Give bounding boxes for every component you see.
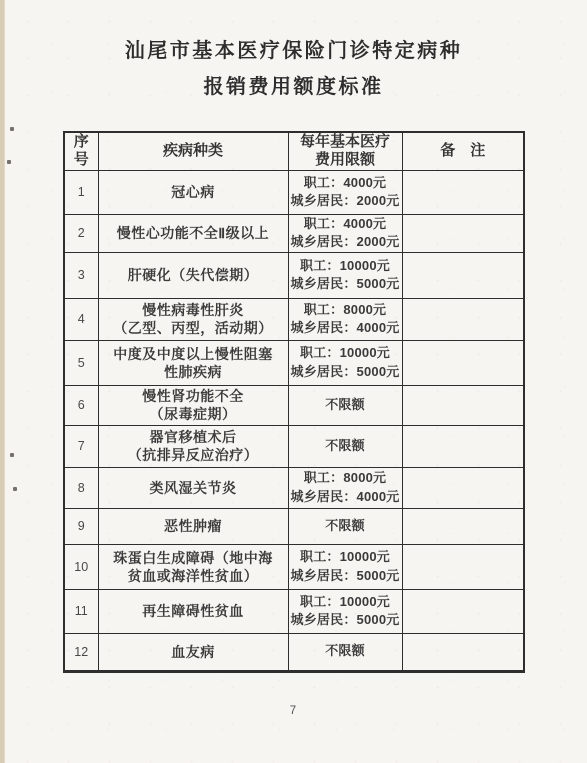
row-disease: 再生障碍性贫血 (98, 589, 288, 633)
table-row: 8 类风湿关节炎 职工：8000元 城乡居民：4000元 (64, 467, 524, 508)
table-row: 9 恶性肿瘤 不限额 (64, 508, 524, 544)
table-row: 1 冠心病 职工：4000元 城乡居民：2000元 (64, 170, 524, 214)
row-disease: 肝硬化（失代偿期） (98, 252, 288, 298)
table-row: 7 器官移植术后 （抗排异反应治疗） 不限额 (64, 425, 524, 467)
row-note (402, 170, 524, 214)
row-seq: 4 (64, 298, 98, 340)
row-seq: 7 (64, 425, 98, 467)
row-limit: 职工：10000元 城乡居民：5000元 (288, 340, 402, 385)
reimbursement-standard-table: 序号 疾病种类 每年基本医疗 费用限额 备 注 1 冠心病 职工：4000元 城… (63, 131, 525, 673)
table-row: 11 再生障碍性贫血 职工：10000元 城乡居民：5000元 (64, 589, 524, 633)
row-limit: 不限额 (288, 633, 402, 671)
scan-speck (10, 127, 14, 131)
row-disease: 血友病 (98, 633, 288, 671)
row-disease: 珠蛋白生成障碍（地中海 贫血或海洋性贫血） (98, 544, 288, 589)
table-header-row: 序号 疾病种类 每年基本医疗 费用限额 备 注 (64, 132, 524, 170)
row-note (402, 508, 524, 544)
row-note (402, 467, 524, 508)
table-row: 2 慢性心功能不全Ⅱ级以上 职工：4000元 城乡居民：2000元 (64, 214, 524, 252)
col-header-note: 备 注 (402, 132, 524, 170)
row-limit: 不限额 (288, 508, 402, 544)
row-limit: 不限额 (288, 385, 402, 425)
row-seq: 8 (64, 467, 98, 508)
row-seq: 2 (64, 214, 98, 252)
row-limit: 职工：4000元 城乡居民：2000元 (288, 170, 402, 214)
row-seq: 11 (64, 589, 98, 633)
row-limit: 不限额 (288, 425, 402, 467)
col-header-disease: 疾病种类 (98, 132, 288, 170)
row-limit: 职工：10000元 城乡居民：5000元 (288, 544, 402, 589)
table-row: 4 慢性病毒性肝炎 （乙型、丙型，活动期） 职工：8000元 城乡居民：4000… (64, 298, 524, 340)
document-title-line2: 报销费用额度标准 (0, 69, 587, 105)
scanned-document-page: 汕尾市基本医疗保险门诊特定病种 报销费用额度标准 序号 疾病种类 每年基本医疗 … (0, 0, 587, 763)
row-disease: 慢性心功能不全Ⅱ级以上 (98, 214, 288, 252)
page-number: 7 (0, 705, 587, 717)
row-disease: 慢性肾功能不全 （尿毒症期） (98, 385, 288, 425)
row-disease: 类风湿关节炎 (98, 467, 288, 508)
table-row: 3 肝硬化（失代偿期） 职工：10000元 城乡居民：5000元 (64, 252, 524, 298)
row-disease: 慢性病毒性肝炎 （乙型、丙型，活动期） (98, 298, 288, 340)
col-header-seq: 序号 (64, 132, 98, 170)
row-note (402, 589, 524, 633)
document-title: 汕尾市基本医疗保险门诊特定病种 报销费用额度标准 (0, 33, 587, 105)
row-seq: 5 (64, 340, 98, 385)
row-limit: 职工：4000元 城乡居民：2000元 (288, 214, 402, 252)
row-disease: 器官移植术后 （抗排异反应治疗） (98, 425, 288, 467)
row-note (402, 340, 524, 385)
row-seq: 1 (64, 170, 98, 214)
row-disease: 恶性肿瘤 (98, 508, 288, 544)
row-note (402, 214, 524, 252)
row-seq: 3 (64, 252, 98, 298)
row-seq: 12 (64, 633, 98, 671)
table-row: 6 慢性肾功能不全 （尿毒症期） 不限额 (64, 385, 524, 425)
row-seq: 9 (64, 508, 98, 544)
row-disease: 冠心病 (98, 170, 288, 214)
scan-speck (7, 160, 11, 164)
page-edge-strip (0, 0, 5, 763)
document-title-line1: 汕尾市基本医疗保险门诊特定病种 (0, 33, 587, 69)
row-note (402, 298, 524, 340)
table-row: 12 血友病 不限额 (64, 633, 524, 671)
row-limit: 职工：8000元 城乡居民：4000元 (288, 298, 402, 340)
row-limit: 职工：10000元 城乡居民：5000元 (288, 589, 402, 633)
row-note (402, 252, 524, 298)
col-header-limit: 每年基本医疗 费用限额 (288, 132, 402, 170)
scan-speck (13, 487, 17, 491)
row-limit: 职工：10000元 城乡居民：5000元 (288, 252, 402, 298)
row-note (402, 385, 524, 425)
row-note (402, 544, 524, 589)
table-row: 5 中度及中度以上慢性阻塞 性肺疾病 职工：10000元 城乡居民：5000元 (64, 340, 524, 385)
scan-speck (10, 453, 14, 457)
row-note (402, 425, 524, 467)
row-note (402, 633, 524, 671)
row-seq: 10 (64, 544, 98, 589)
row-limit: 职工：8000元 城乡居民：4000元 (288, 467, 402, 508)
row-disease: 中度及中度以上慢性阻塞 性肺疾病 (98, 340, 288, 385)
row-seq: 6 (64, 385, 98, 425)
table-row: 10 珠蛋白生成障碍（地中海 贫血或海洋性贫血） 职工：10000元 城乡居民：… (64, 544, 524, 589)
